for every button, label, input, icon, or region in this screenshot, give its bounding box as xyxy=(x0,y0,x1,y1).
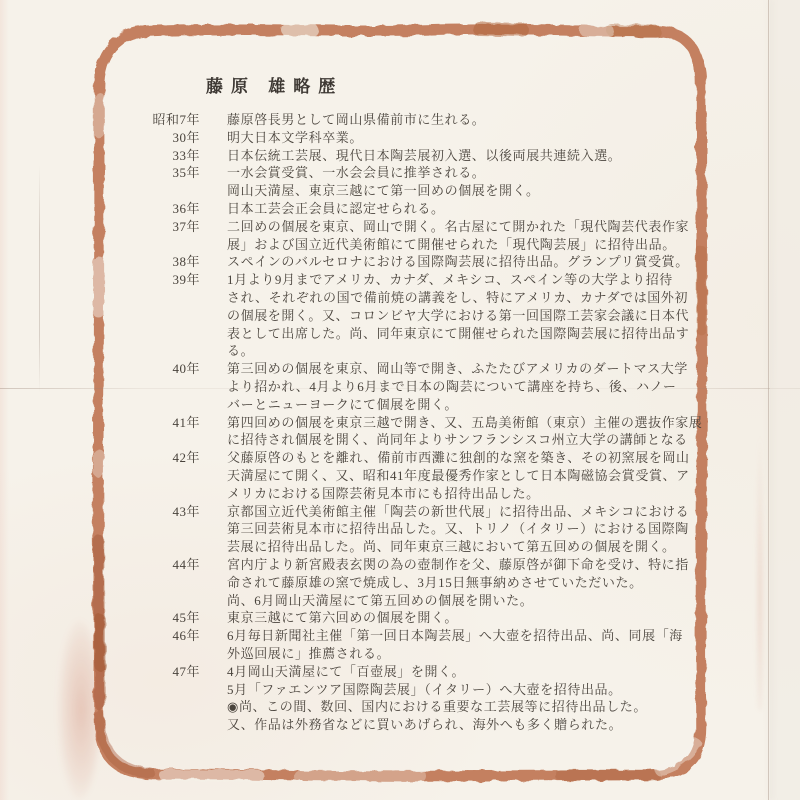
chronology-entry: 36年日本工芸会正会員に認定せられる。 xyxy=(0,200,720,218)
entry-year-label: 42年 xyxy=(0,449,200,467)
chronology-entry: 35年一水会賞受賞、一水会会員に推挙される。岡山天満屋、東京三越にて第一回めの個… xyxy=(0,164,720,200)
entry-text: 京都国立近代美術館主催「陶芸の新世代展」に招待出品、メキシコにおける第三回芸術見… xyxy=(227,503,689,556)
entry-text-line: に招待され個展を開く、尚同年よりサンフランシスコ州立大学の講師となる xyxy=(227,431,702,449)
chronology-entry: 42年父藤原啓のもとを離れ、備前市西灘に独創的な窯を築き、その初窯展を岡山天満屋… xyxy=(0,449,720,502)
scanned-document-page: { "title": "藤原 雄略歴", "colors": { "paper"… xyxy=(0,0,800,800)
entry-text: 日本工芸会正会員に認定せられる。 xyxy=(227,200,445,218)
entry-text-line: メリカにおける国際芸術見本市にも招待出品した。 xyxy=(227,485,690,503)
chronology-entry: 38年スペインのバルセロナにおける国際陶芸展に招待出品。グランプリ賞受賞。 xyxy=(0,253,720,271)
entry-text-line: 宮内庁より新宮殿表玄関の為の壺制作を父、藤原啓が御下命を受け、特に指 xyxy=(227,556,689,574)
entry-text-line: 日本工芸会正会員に認定せられる。 xyxy=(227,200,445,218)
chronology-entry: 44年宮内庁より新宮殿表玄関の為の壺制作を父、藤原啓が御下命を受け、特に指命され… xyxy=(0,556,720,609)
chronology-entry: 47年4月岡山天満屋にて「百壺展」を開く。5月「ファエンツア国際陶芸展」（イタリ… xyxy=(0,663,720,734)
entry-text-line: る。 xyxy=(227,342,689,360)
entry-text-line: 展」および国立近代美術館にて開催せられた「現代陶芸展」に招待出品。 xyxy=(227,236,689,254)
entry-text-line: 5月「ファエンツア国際陶芸展」（イタリー）へ大壺を招待出品。 xyxy=(227,681,647,699)
entry-year-label: 46年 xyxy=(0,627,200,645)
entry-text-line: 外巡回展に」推薦される。 xyxy=(227,645,683,663)
chronology-entry: 昭和7年藤原啓長男として岡山県備前市に生れる。 xyxy=(0,111,720,129)
entry-text: 1月より9月までアメリカ、カナダ、メキシコ、スペイン等の大学より招待され、それぞ… xyxy=(227,271,689,360)
entry-text-line: 第三回芸術見本市に招待出品した。又、トリノ（イタリー）における国際陶 xyxy=(227,520,689,538)
entry-text-line: され、それぞれの国で備前焼の講義をし、特にアメリカ、カナダでは国外初 xyxy=(227,289,689,307)
entry-text: スペインのバルセロナにおける国際陶芸展に招待出品。グランプリ賞受賞。 xyxy=(227,253,689,271)
entry-text: 明大日本文学科卒業。 xyxy=(227,129,363,147)
entry-text: 藤原啓長男として岡山県備前市に生れる。 xyxy=(227,111,485,129)
entry-text-line: 明大日本文学科卒業。 xyxy=(227,129,363,147)
entry-text: 宮内庁より新宮殿表玄関の為の壺制作を父、藤原啓が御下命を受け、特に指命されて藤原… xyxy=(227,556,689,609)
entry-year-label: 41年 xyxy=(0,414,200,432)
entry-text-line: 天満屋にて開く、又、昭和41年度最優秀作家として日本陶磁協会賞受賞、ア xyxy=(227,467,690,485)
entry-text-line: 又、作品は外務省などに買いあげられ、海外へも多く贈られた。 xyxy=(227,716,647,734)
chronology-entry: 30年明大日本文学科卒業。 xyxy=(0,129,720,147)
chronology-entry: 40年第三回めの個展を東京、岡山等で開き、ふたたびアメリカのダートマス大学より招… xyxy=(0,360,720,413)
entry-text-line: の個展を開く。又、コロンビヤ大学における第一回国際工芸家会議に日本代 xyxy=(227,307,689,325)
entry-text-line: 父藤原啓のもとを離れ、備前市西灘に独創的な窯を築き、その初窯展を岡山 xyxy=(227,449,690,467)
entry-text-line: ◉尚、この間、数回、国内における重要な工芸展等に招待出品した。 xyxy=(227,698,647,716)
entry-text-line: 二回めの個展を東京、岡山で開く。名古屋にて開かれた「現代陶芸代表作家 xyxy=(227,218,689,236)
entry-year-label: 30年 xyxy=(0,129,200,147)
entry-text: 6月毎日新聞社主催「第一回日本陶芸展」へ大壺を招待出品、尚、同展「海外巡回展に」… xyxy=(227,627,683,663)
entry-text: 東京三越にて第六回めの個展を開く。 xyxy=(227,609,458,627)
chronology-entry: 45年東京三越にて第六回めの個展を開く。 xyxy=(0,609,720,627)
entry-year-label: 36年 xyxy=(0,200,200,218)
entry-text-line: 芸展に招待出品した。尚、同年東京三越において第五回めの個展を開く。 xyxy=(227,538,689,556)
entry-text: 第三回めの個展を東京、岡山等で開き、ふたたびアメリカのダートマス大学より招かれ、… xyxy=(227,360,688,413)
entry-text: 第四回めの個展を東京三越で開き、又、五島美術館（東京）主催の選抜作家展に招待され… xyxy=(227,414,702,450)
entry-text: 父藤原啓のもとを離れ、備前市西灘に独創的な窯を築き、その初窯展を岡山天満屋にて開… xyxy=(227,449,690,502)
entry-year-label: 33年 xyxy=(0,147,200,165)
entry-text: 二回めの個展を東京、岡山で開く。名古屋にて開かれた「現代陶芸代表作家展」および国… xyxy=(227,218,689,254)
chronology-entry: 43年京都国立近代美術館主催「陶芸の新世代展」に招待出品、メキシコにおける第三回… xyxy=(0,503,720,556)
entry-text-line: 第三回めの個展を東京、岡山等で開き、ふたたびアメリカのダートマス大学 xyxy=(227,360,688,378)
entry-text-line: 表として出席した。尚、同年東京にて開催せられた国際陶芸展に招待出品す xyxy=(227,325,689,343)
entry-year-label: 47年 xyxy=(0,663,200,681)
document-title: 藤原 雄略歴 xyxy=(206,72,343,97)
entry-text-line: 日本伝統工芸展、現代日本陶芸展初入選、以後両展共連続入選。 xyxy=(227,147,621,165)
entry-text-line: 岡山天満屋、東京三越にて第一回めの個展を開く。 xyxy=(227,182,540,200)
entry-text: 日本伝統工芸展、現代日本陶芸展初入選、以後両展共連続入選。 xyxy=(227,147,621,165)
entry-year-label: 37年 xyxy=(0,218,200,236)
entry-text-line: より招かれ、4月より6月まで日本の陶芸について講座を持ち、後、ハノー xyxy=(227,378,688,396)
chronology-list: 昭和7年藤原啓長男として岡山県備前市に生れる。30年明大日本文学科卒業。33年日… xyxy=(0,111,720,734)
entry-text-line: 京都国立近代美術館主催「陶芸の新世代展」に招待出品、メキシコにおける xyxy=(227,503,689,521)
chronology-entry: 39年1月より9月までアメリカ、カナダ、メキシコ、スペイン等の大学より招待され、… xyxy=(0,271,720,360)
entry-year-label: 昭和7年 xyxy=(0,111,200,129)
entry-text: 4月岡山天満屋にて「百壺展」を開く。5月「ファエンツア国際陶芸展」（イタリー）へ… xyxy=(227,663,647,734)
entry-year-label: 39年 xyxy=(0,271,200,289)
entry-year-label: 35年 xyxy=(0,164,200,182)
entry-text-line: 第四回めの個展を東京三越で開き、又、五島美術館（東京）主催の選抜作家展 xyxy=(227,414,702,432)
entry-year-label: 40年 xyxy=(0,360,200,378)
entry-text-line: スペインのバルセロナにおける国際陶芸展に招待出品。グランプリ賞受賞。 xyxy=(227,253,689,271)
chronology-entry: 41年第四回めの個展を東京三越で開き、又、五島美術館（東京）主催の選抜作家展に招… xyxy=(0,414,720,450)
entry-text-line: 藤原啓長男として岡山県備前市に生れる。 xyxy=(227,111,485,129)
entry-text-line: 一水会賞受賞、一水会会員に推挙される。 xyxy=(227,164,540,182)
entry-year-label: 45年 xyxy=(0,609,200,627)
entry-year-label: 43年 xyxy=(0,503,200,521)
entry-text-line: バーとニューヨークにて個展を開く。 xyxy=(227,396,688,414)
entry-year-label: 38年 xyxy=(0,253,200,271)
entry-text-line: 東京三越にて第六回めの個展を開く。 xyxy=(227,609,458,627)
chronology-entry: 37年二回めの個展を東京、岡山で開く。名古屋にて開かれた「現代陶芸代表作家展」お… xyxy=(0,218,720,254)
entry-year-label: 44年 xyxy=(0,556,200,574)
entry-text-line: 尚、6月岡山天満屋にて第五回めの個展を開いた。 xyxy=(227,592,689,610)
entry-text-line: 4月岡山天満屋にて「百壺展」を開く。 xyxy=(227,663,647,681)
entry-text-line: 命されて藤原雄の窯で焼成し、3月15日無事納めさせていただいた。 xyxy=(227,574,689,592)
entry-text-line: 6月毎日新聞社主催「第一回日本陶芸展」へ大壺を招待出品、尚、同展「海 xyxy=(227,627,683,645)
document-content: 藤原 雄略歴 昭和7年藤原啓長男として岡山県備前市に生れる。30年明大日本文学科… xyxy=(0,0,800,800)
entry-text-line: 1月より9月までアメリカ、カナダ、メキシコ、スペイン等の大学より招待 xyxy=(227,271,689,289)
chronology-entry: 33年日本伝統工芸展、現代日本陶芸展初入選、以後両展共連続入選。 xyxy=(0,147,720,165)
chronology-entry: 46年6月毎日新聞社主催「第一回日本陶芸展」へ大壺を招待出品、尚、同展「海外巡回… xyxy=(0,627,720,663)
entry-text: 一水会賞受賞、一水会会員に推挙される。岡山天満屋、東京三越にて第一回めの個展を開… xyxy=(227,164,540,200)
